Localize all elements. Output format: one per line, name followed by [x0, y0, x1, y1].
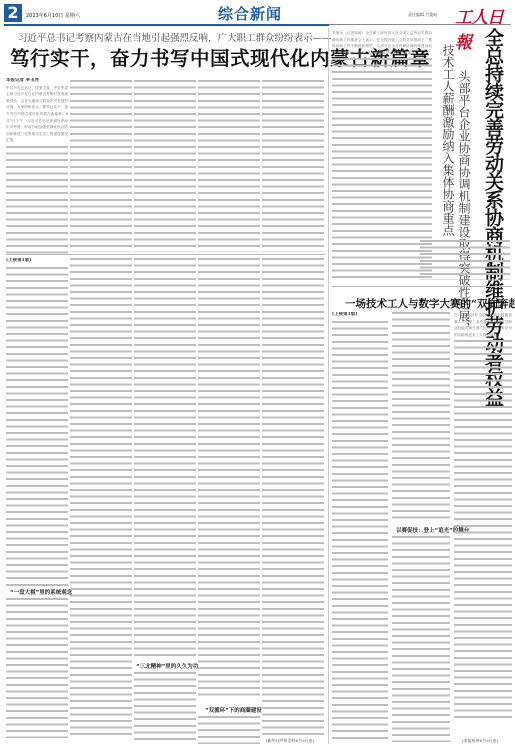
second-column-3: 近日，2023年全国行业职业技能竞赛——全国工业机器人系统操作员职业技能竞赛在浙… [454, 312, 512, 742]
lead-column-2 [70, 80, 132, 252]
section-title: 综合新闻 [218, 3, 282, 24]
lead-column-3 [134, 80, 196, 252]
lead-lower-lines [6, 267, 68, 587]
lead-body-text: 中共中央总书记、国家主席、中央军委主席习近平近日在内蒙古考察时发表重要讲话，这在… [6, 85, 68, 144]
lead-kicker: 习近平总书记考察内蒙古在当地引起强烈反响，广大职工群众纷纷表示—— [18, 30, 332, 44]
lead-column-1: 本报记者 李玉赤 中共中央总书记、国家主席、中央军委主席习近平近日在内蒙古考察时… [6, 78, 68, 254]
second-body-text: 近日，2023年全国行业职业技能竞赛——全国工业机器人系统操作员职业技能竞赛在浙… [454, 312, 512, 338]
lead-end-note: (新华社呼和浩特6月9日电) [266, 738, 314, 744]
second-article-divider [332, 286, 512, 287]
lead-sub2-body [134, 672, 196, 742]
right-column-2 [420, 240, 510, 280]
column-divider [328, 28, 329, 744]
second-column-2 [392, 312, 450, 522]
masthead-rule-thin [329, 24, 511, 25]
lead-byline: 本报记者 李玉赤 [6, 78, 68, 85]
lead-subheading-1: “一盘大棋”里的系统观念 [10, 588, 72, 596]
lead-lower-column-1: (上接第1版) [6, 258, 68, 588]
editor-credit: 责任编辑 吕俊岐 [408, 12, 437, 18]
lead-column-4 [198, 80, 260, 252]
right-subhead-2: 技术工人薪酬激励纳入集体协商重点 [440, 44, 456, 236]
lead-column-5 [262, 80, 324, 252]
right-body-text: 本报讯（记者邓崎）全总职工部负责人在全国工会劳动关系协商协调工作推进会上表示，在… [332, 30, 432, 56]
second-column-1: (上接第1版) [332, 312, 388, 742]
lead-sub3-body [198, 716, 260, 744]
lead-sub1-body [6, 598, 68, 738]
masthead: 2 2023年6月10日 星期六 综合新闻 责任编辑 吕俊岐 工人日報 [0, 0, 515, 28]
issue-date: 2023年6月10日 星期六 [26, 12, 80, 19]
right-column-1: 本报讯（记者邓崎）全总职工部负责人在全国工会劳动关系协商协调工作推进会上表示，在… [332, 30, 432, 230]
lead-divider [6, 254, 326, 255]
lead-continued-note: (上接第1版) [6, 258, 68, 265]
lead-subheading-2: “三北精神”里的久久为功 [136, 662, 198, 670]
page-number: 2 [4, 4, 22, 22]
lead-lower-column-5 [262, 258, 324, 738]
right-column-1-cont [332, 230, 432, 280]
lead-subheading-3: “双循环”下的商圈建设 [205, 706, 262, 714]
lead-lower-column-2 [70, 258, 132, 738]
right-body-lines [332, 58, 432, 228]
masthead-rule [4, 24, 329, 26]
second-continued-note: (上接第1版) [332, 312, 388, 319]
second-end-note: (本报杭州6月9日电) [462, 738, 498, 744]
second-article-headline: 一场技术工人与数字大赛的“双向奔赴” [345, 296, 515, 311]
lead-lower-column-3 [134, 258, 196, 658]
lead-body-lines [6, 146, 68, 254]
second-body-lines [332, 321, 388, 741]
right-subhead-1: 头部平台企业协商协调机制建设取得突破性进展， [456, 70, 472, 334]
lead-lower-column-4 [198, 258, 260, 698]
second-column-3-lines [454, 340, 512, 720]
second-column-2-lower [392, 536, 450, 742]
